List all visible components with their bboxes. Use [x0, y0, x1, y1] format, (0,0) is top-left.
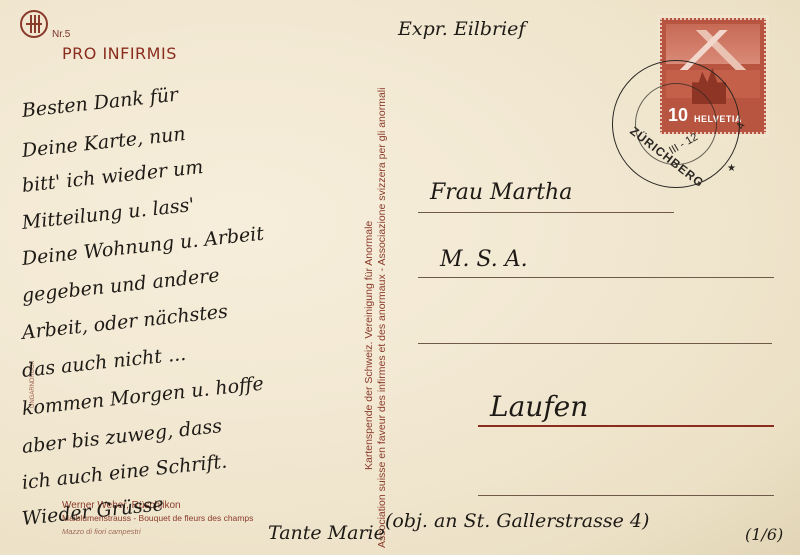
divider-text-german: Kartenspende der Schweiz. Vereinigung fü… [363, 221, 375, 470]
message-line: kommen Morgen u. hoffe [21, 373, 265, 420]
signature: Tante Marie [268, 522, 385, 544]
series-number: Nr.5 [52, 29, 70, 40]
artwork-title-italian: Mazzo di fiori campestri [62, 527, 141, 536]
corner-note: (1/6) [745, 525, 783, 544]
message-line: das auch nicht ... [21, 343, 187, 382]
forwarding-note: (obj. an St. Gallerstrasse 4) [385, 510, 649, 532]
message-line: Arbeit, oder nächstes [21, 300, 229, 343]
address-line-2: M. S. A. [440, 247, 528, 272]
pro-infirmis-emblem-icon [20, 10, 48, 38]
message-line: Mitteilung u. lass' [21, 194, 196, 234]
message-line: Deine Karte, nun [21, 123, 187, 162]
address-rule [418, 277, 774, 278]
address-city: Laufen [490, 390, 588, 423]
address-rule [478, 495, 774, 496]
message-line: Besten Dank für [21, 84, 179, 122]
emblem-crossbar [26, 23, 42, 25]
address-rule [418, 212, 674, 213]
message-line: Wieder Grüsse [21, 493, 165, 530]
message-line: gegeben und andere [21, 264, 221, 307]
brand-title: PRO INFIRMIS [62, 44, 177, 63]
address-rule-city [478, 425, 774, 427]
delivery-note: Expr. Eilbrief [398, 18, 525, 40]
message-line: bitt' ich wieder um [21, 156, 204, 197]
postmark-star-icon: ★ [727, 163, 736, 174]
message-line: aber bis zuweg, dass [21, 415, 223, 458]
message-line: ich auch eine Schrift. [21, 451, 228, 494]
address-rule [418, 343, 772, 344]
divider-text-french-italian: Association suisse en faveur des infirme… [376, 88, 388, 548]
postcard-back: Nr.5 PRO INFIRMIS Kartenspende der Schwe… [0, 0, 800, 555]
address-line-1: Frau Martha [430, 180, 572, 205]
